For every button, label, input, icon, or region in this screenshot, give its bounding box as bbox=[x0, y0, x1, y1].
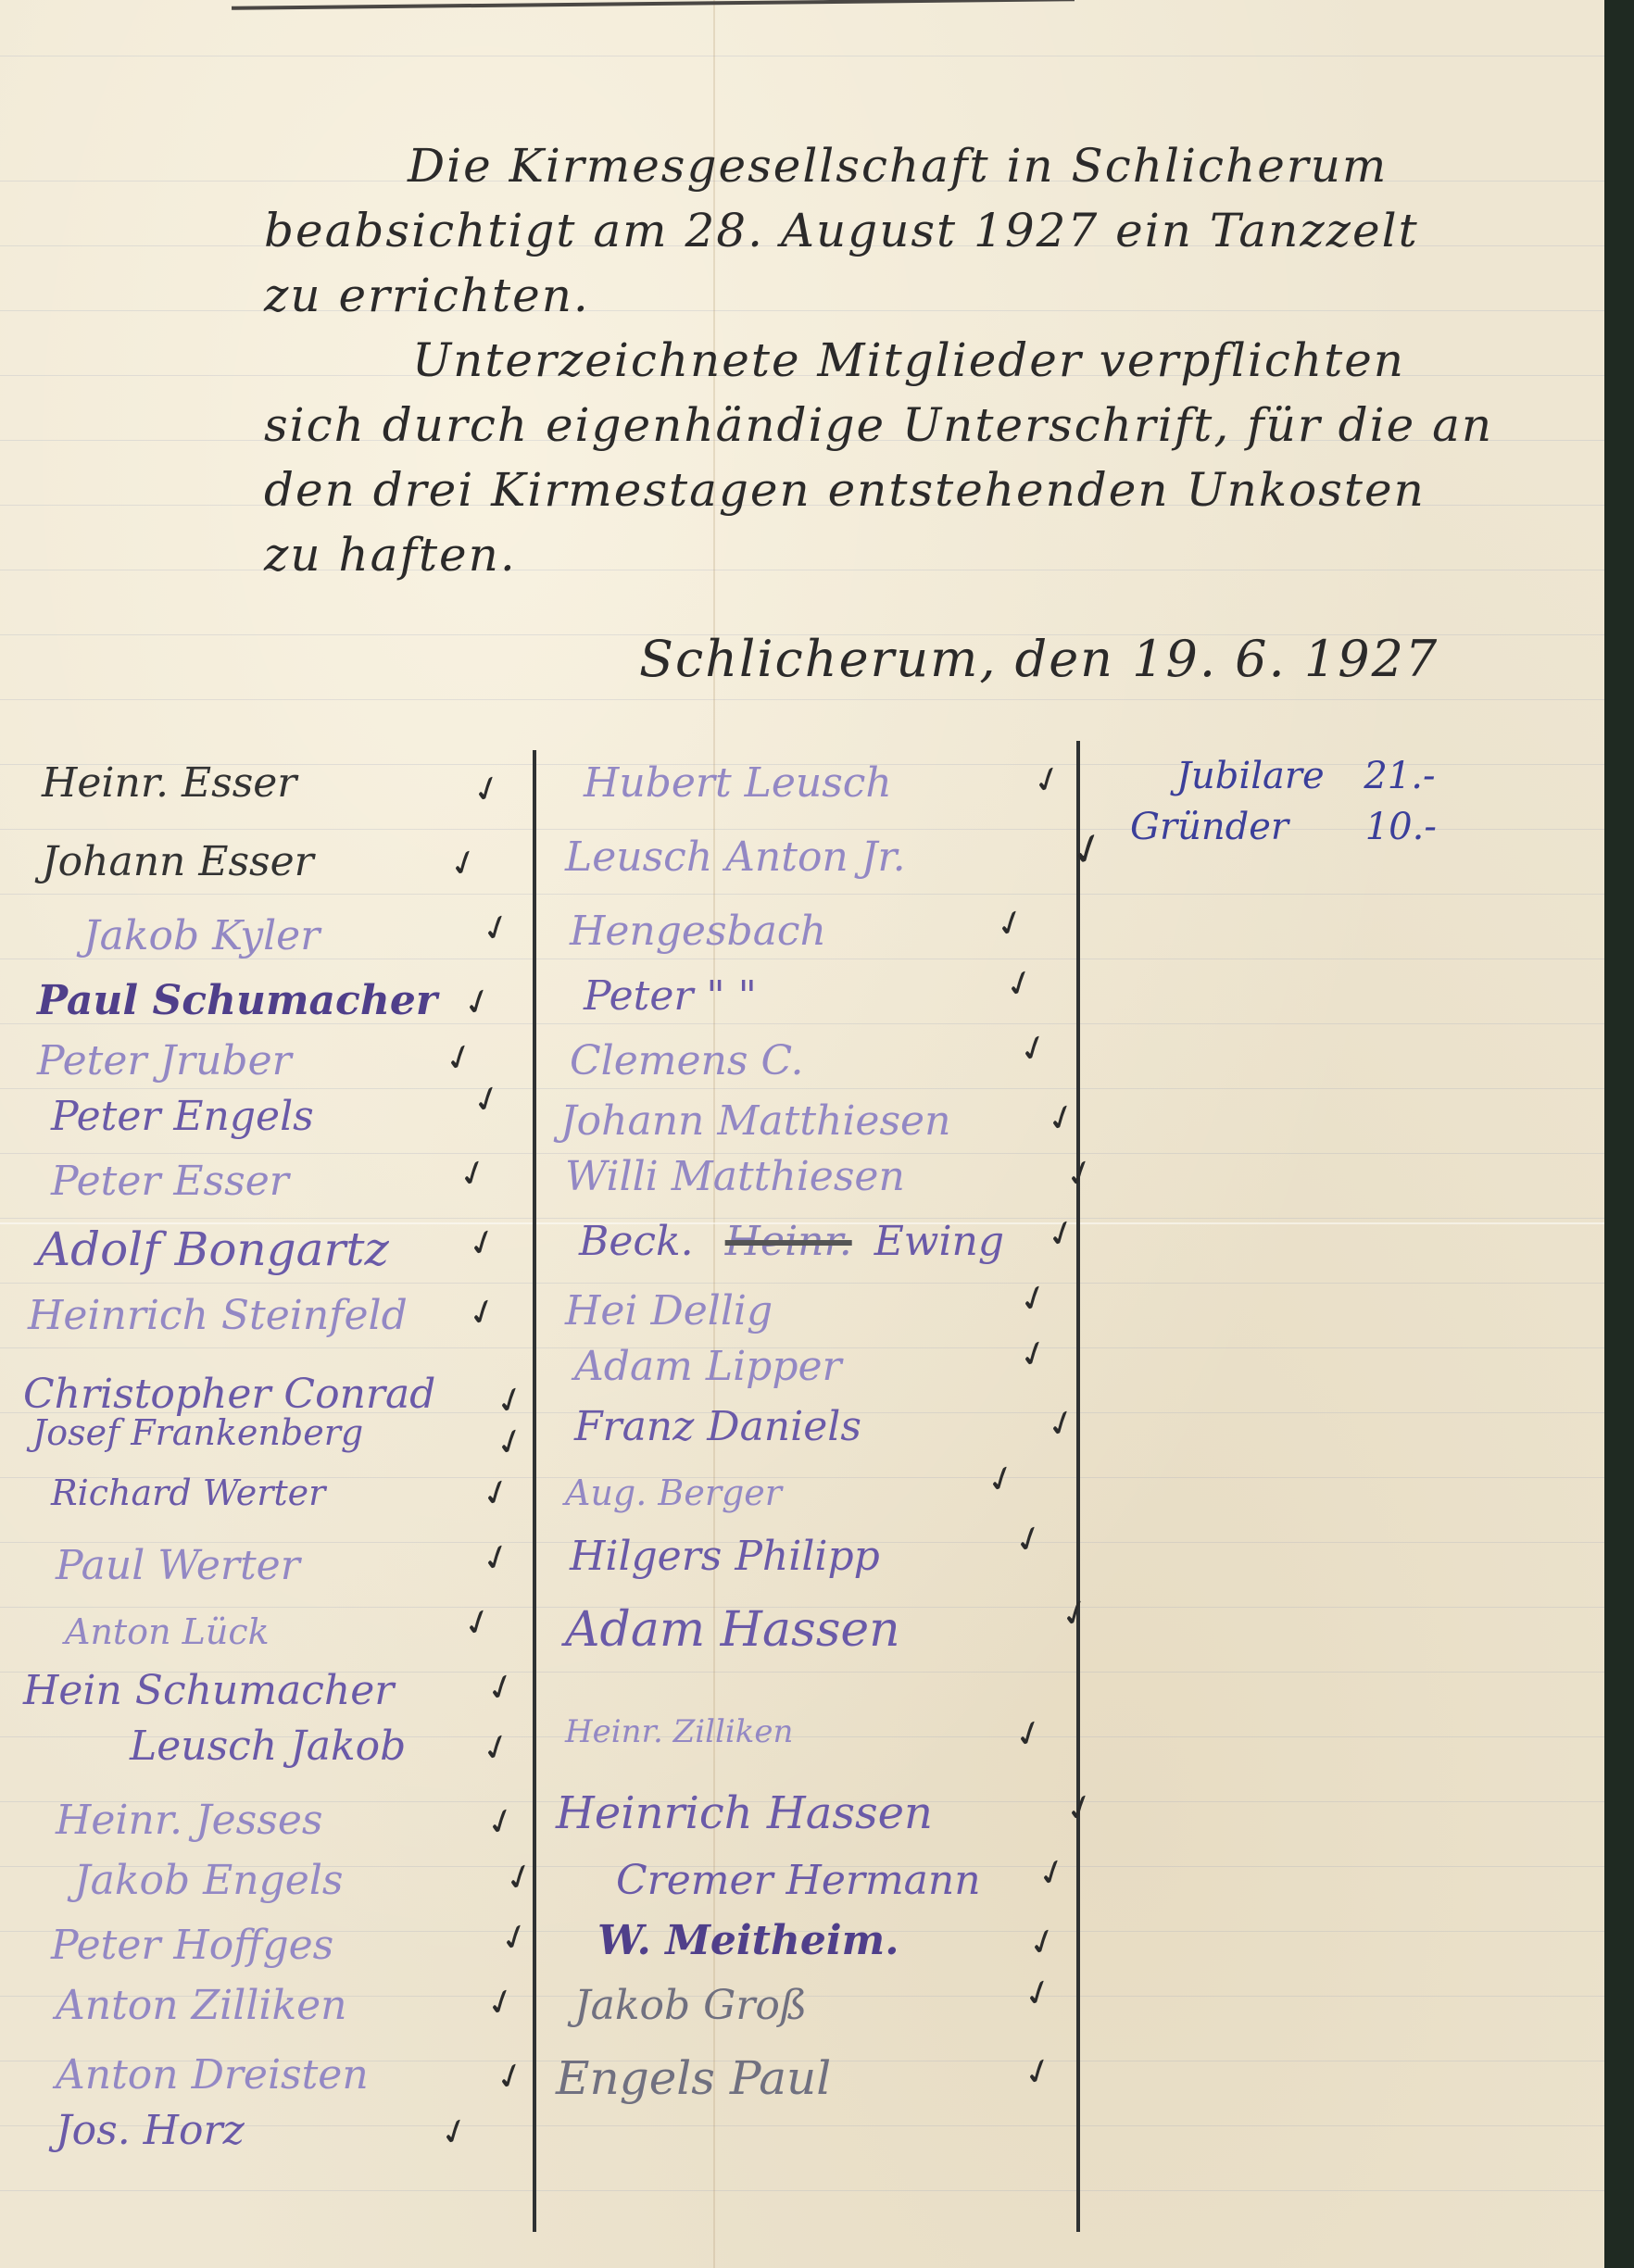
check-mark-icon: ✓ bbox=[981, 1455, 1022, 1503]
body-line: zu haften. bbox=[264, 528, 517, 582]
signature: Paul Schumacher bbox=[37, 977, 437, 1024]
signature: Johann Esser bbox=[42, 838, 314, 885]
check-mark-icon: ✓ bbox=[453, 1149, 494, 1197]
signature: Jakob Groß bbox=[574, 1982, 807, 2029]
body-line: Die Kirmesgesellschaft in Schlicherum bbox=[408, 139, 1388, 193]
signature: Peter Esser bbox=[51, 1158, 289, 1205]
body-line: Unterzeichnete Mitglieder verpflichten bbox=[412, 333, 1405, 387]
check-mark-icon: ✓ bbox=[1023, 1918, 1063, 1966]
check-mark-icon: ✓ bbox=[462, 1219, 503, 1267]
body-line: den drei Kirmestagen entstehenden Unkost… bbox=[264, 463, 1426, 517]
signature: Jakob Kyler bbox=[83, 912, 320, 959]
ruled-line bbox=[0, 1088, 1604, 1089]
check-mark-icon: ✓ bbox=[490, 2052, 531, 2100]
signature: Christopher Conrad bbox=[23, 1371, 435, 1418]
signature: Anton Lück bbox=[65, 1611, 270, 1652]
check-mark-icon: ✓ bbox=[999, 959, 1040, 1008]
check-mark-icon: ✓ bbox=[490, 1376, 531, 1424]
signature: Jos. Horz bbox=[56, 2107, 245, 2154]
check-mark-icon: ✓ bbox=[990, 899, 1031, 947]
body-line: sich durch eigenhändige Unterschrift, fü… bbox=[264, 398, 1493, 452]
signature: Peter Jruber bbox=[37, 1037, 292, 1084]
signature: Hilgers Philipp bbox=[570, 1533, 880, 1580]
column-divider-right bbox=[1076, 741, 1080, 2232]
signature: Adam Lipper bbox=[574, 1343, 842, 1390]
signature: Jakob Engels bbox=[74, 1857, 344, 1904]
signature: Anton Zilliken bbox=[56, 1982, 347, 2029]
signature: Josef Frankenberg bbox=[32, 1412, 363, 1453]
check-mark-icon: ✓ bbox=[458, 978, 498, 1026]
ruled-line bbox=[0, 894, 1604, 895]
paper-sheet: Die Kirmesgesellschaft in Schlicherum be… bbox=[0, 0, 1604, 2268]
signature: Leusch Anton Jr. bbox=[565, 833, 906, 881]
signature: Anton Dreisten bbox=[56, 2051, 369, 2099]
signature: Peter Engels bbox=[51, 1093, 314, 1140]
signature: Aug. Berger bbox=[565, 1472, 782, 1513]
check-mark-icon: ✓ bbox=[495, 1913, 535, 1961]
ruled-line bbox=[0, 1283, 1604, 1284]
check-mark-icon: ✓ bbox=[467, 765, 508, 813]
body-line: beabsichtigt am 28. August 1927 ein Tanz… bbox=[264, 204, 1419, 257]
signature: Heinrich Hassen bbox=[556, 1787, 933, 1839]
signature: Franz Daniels bbox=[574, 1403, 861, 1450]
ruled-line bbox=[0, 56, 1604, 56]
signature: Heinr. Zilliken bbox=[565, 1713, 793, 1750]
top-underline-stroke bbox=[232, 0, 1075, 10]
check-mark-icon: ✓ bbox=[1060, 1784, 1100, 1832]
check-mark-icon: ✓ bbox=[476, 1723, 517, 1772]
check-mark-icon: ✓ bbox=[476, 1534, 517, 1582]
signature-with-correction: Beck. Heinr. Ewing bbox=[579, 1218, 1004, 1265]
signature: Adam Hassen bbox=[565, 1602, 900, 1658]
check-mark-icon: ✓ bbox=[481, 1798, 522, 1846]
signature: Paul Werter bbox=[56, 1542, 300, 1589]
signature: Hei Dellig bbox=[565, 1287, 773, 1334]
signature: Cremer Hermann bbox=[616, 1857, 981, 1904]
check-mark-icon: ✓ bbox=[462, 1288, 503, 1336]
signature: Heinrich Steinfeld bbox=[28, 1292, 408, 1339]
check-mark-icon: ✓ bbox=[444, 839, 484, 887]
body-line: zu errichten. bbox=[264, 269, 590, 322]
place-date: Schlicherum, den 19. 6. 1927 bbox=[639, 630, 1439, 688]
check-mark-icon: ✓ bbox=[1055, 1589, 1096, 1637]
check-mark-icon: ✓ bbox=[1013, 1024, 1054, 1072]
check-mark-icon: ✓ bbox=[1060, 1149, 1100, 1197]
signature: Peter " " bbox=[584, 972, 757, 1020]
check-mark-icon: ✓ bbox=[490, 1418, 531, 1466]
check-mark-icon: ✓ bbox=[1027, 756, 1068, 804]
check-mark-icon: ✓ bbox=[476, 1469, 517, 1517]
scan-background-edge bbox=[1604, 0, 1634, 2268]
check-mark-icon: ✓ bbox=[458, 1598, 498, 1647]
check-mark-icon: ✓ bbox=[1009, 1515, 1050, 1563]
signature: Willi Matthiesen bbox=[565, 1153, 905, 1200]
signature: Johann Matthiesen bbox=[560, 1097, 950, 1145]
signature: Heinr. Jesses bbox=[56, 1797, 322, 1844]
signature: Leusch Jakob bbox=[130, 1723, 406, 1770]
ruled-line bbox=[0, 2190, 1604, 2191]
check-mark-icon: ✓ bbox=[439, 1034, 480, 1082]
ruled-line bbox=[0, 699, 1604, 700]
check-mark-icon: ✓ bbox=[467, 1075, 508, 1123]
ruled-line bbox=[0, 310, 1604, 311]
check-mark-icon: ✓ bbox=[1009, 1710, 1050, 1758]
check-mark-icon: ✓ bbox=[481, 1663, 522, 1711]
signature: Heinr. Esser bbox=[42, 759, 296, 807]
signature: Peter Hoffges bbox=[51, 1922, 333, 1969]
signature: W. Meitheim. bbox=[597, 1917, 899, 1964]
check-mark-icon: ✓ bbox=[434, 2108, 475, 2156]
check-mark-icon: ✓ bbox=[1018, 1969, 1059, 2017]
check-mark-icon: ✓ bbox=[481, 1978, 522, 2026]
signature: Clemens C. bbox=[570, 1037, 804, 1084]
signature: Engels Paul bbox=[556, 2051, 831, 2105]
check-mark-icon: ✓ bbox=[476, 904, 517, 952]
signature: Hubert Leusch bbox=[584, 759, 892, 807]
side-note-line: Jubilare 21.- bbox=[1176, 755, 1436, 797]
signature: Richard Werter bbox=[51, 1472, 325, 1513]
column-divider-left bbox=[533, 750, 536, 2232]
check-mark-icon: ✓ bbox=[1018, 2048, 1059, 2096]
signature: Hengesbach bbox=[570, 908, 826, 955]
check-mark-icon: ✓ bbox=[1032, 1848, 1073, 1897]
signature: Adolf Bongartz bbox=[37, 1222, 389, 1276]
check-mark-icon: ✓ bbox=[1013, 1330, 1054, 1378]
side-note-line: Gründer 10.- bbox=[1130, 806, 1437, 848]
ruled-line bbox=[0, 570, 1604, 570]
signature: Hein Schumacher bbox=[23, 1667, 394, 1714]
check-mark-icon: ✓ bbox=[1013, 1274, 1054, 1322]
